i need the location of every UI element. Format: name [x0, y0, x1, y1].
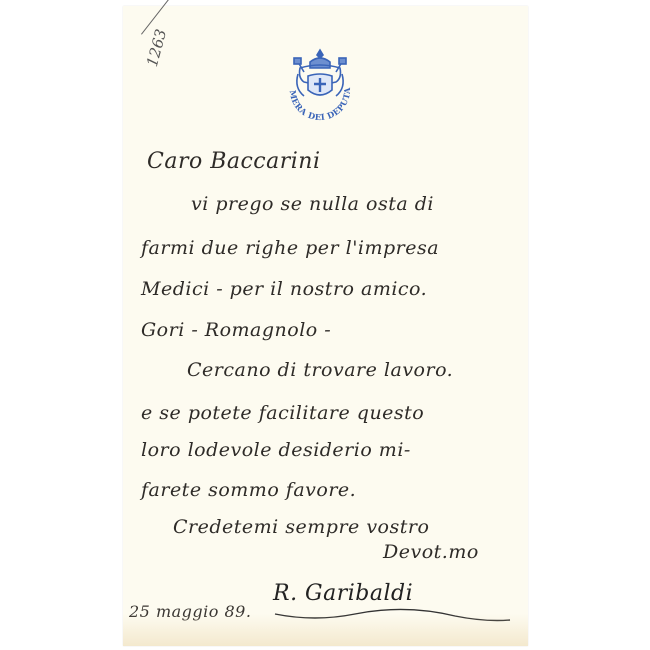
body-line-6: e se potete facilitare questo	[141, 402, 424, 424]
signature: R. Garibaldi	[273, 581, 413, 606]
closing-line-2: Devot.mo	[383, 541, 479, 563]
letter-page: 1263 CAMERA DEI DEPUTATI Caro Baccarini …	[123, 6, 528, 646]
archive-number-slash	[141, 0, 197, 35]
letterhead-crest-icon: CAMERA DEI DEPUTATI	[280, 44, 360, 124]
signature-underline-flourish	[273, 606, 513, 626]
body-line-3: Medici - per il nostro amico.	[141, 278, 427, 300]
body-line-2: farmi due righe per l'impresa	[141, 237, 439, 259]
letter-date: 25 maggio 89.	[129, 602, 251, 621]
body-line-4: Gori - Romagnolo -	[141, 319, 331, 341]
body-line-5: Cercano di trovare lavoro.	[187, 359, 453, 381]
archive-number: 1263	[143, 27, 170, 69]
body-line-7: loro lodevole desiderio mi-	[141, 439, 411, 461]
body-line-1: vi prego se nulla osta di	[191, 193, 434, 215]
salutation: Caro Baccarini	[147, 149, 321, 174]
closing-line-1: Credetemi sempre vostro	[173, 516, 429, 538]
body-line-8: farete sommo favore.	[141, 479, 356, 501]
